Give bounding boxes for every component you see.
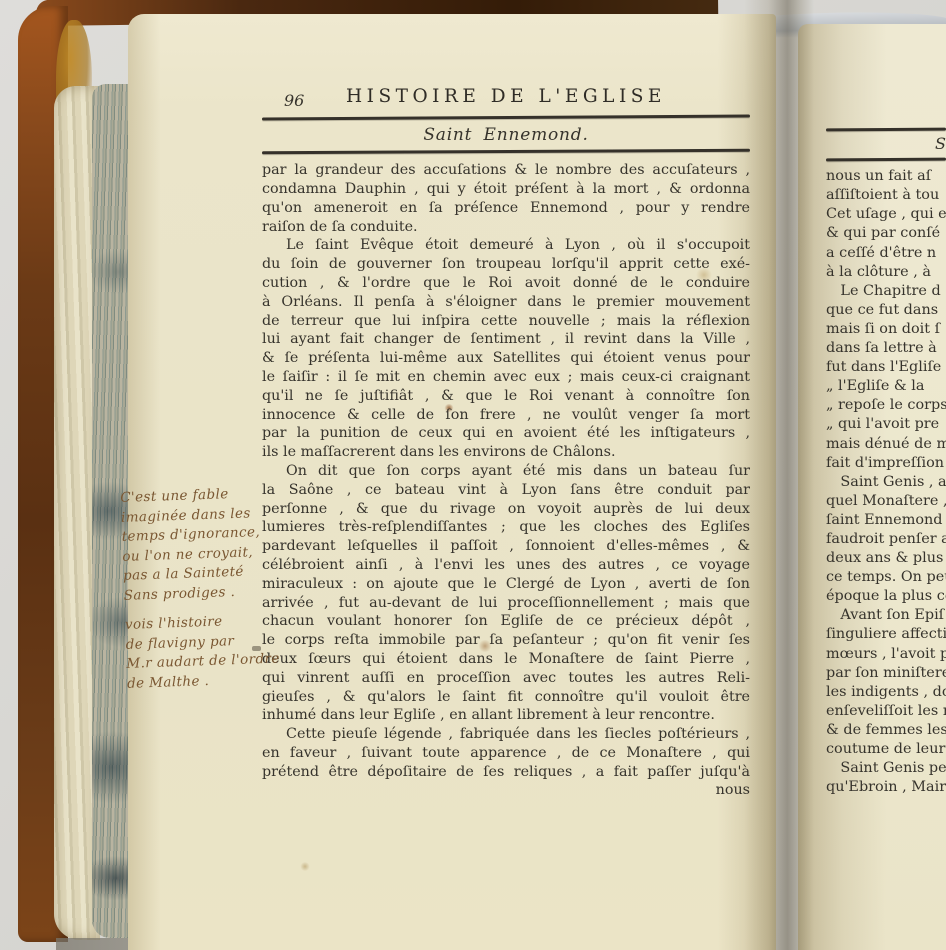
running-title: HISTOIRE DE L'EGLISE xyxy=(262,86,750,107)
text-line: pardevant leſquelles il paſſoit , ſonnoi… xyxy=(262,537,750,556)
marginal-note-2: vois l'histoire de flavigny par M.r auda… xyxy=(125,610,293,694)
text-line: nous un fait aſ xyxy=(826,167,946,186)
right-body-text: nous un fait aſaſſiſtoient à touCet uſag… xyxy=(826,167,946,797)
text-line: nous xyxy=(262,781,750,800)
text-line: du ſoin de gouverner ſon troupeau lorſqu… xyxy=(262,255,750,274)
text-line: ce temps. On peut xyxy=(826,568,946,587)
text-line: lumieres très-reſplendiſſantes ; que les… xyxy=(262,518,750,537)
photo-of-open-book: 96 HISTOIRE DE L'EGLISE Saint Ennemond. … xyxy=(0,0,946,950)
text-line: & de femmes les xyxy=(826,721,946,740)
text-line: deux ſœurs qui étoient dans le Monaſtere… xyxy=(262,650,750,669)
text-line: les indigents , don xyxy=(826,683,946,702)
right-running-title-partial: S xyxy=(826,131,946,158)
text-line: dans ſa lettre à xyxy=(826,339,946,358)
text-line: Le Chapitre d xyxy=(826,282,946,301)
text-line: par ſon miniſtere xyxy=(826,664,946,683)
printed-rule xyxy=(262,148,750,153)
text-line: faudroit penſer a xyxy=(826,530,946,549)
text-line: „ repoſe le corps xyxy=(826,396,946,415)
text-line: & ſe préſenta lui-même aux Satellites qu… xyxy=(262,349,750,368)
text-line: fait d'impreſſion xyxy=(826,454,946,473)
text-line: On dit que ſon corps ayant été mis dans … xyxy=(262,462,750,481)
text-line: par la punition de ceux qui en avoient é… xyxy=(262,424,750,443)
text-line: coutume de leur di xyxy=(826,740,946,759)
text-line: ſinguliere affection xyxy=(826,625,946,644)
text-line: prétend être dépoſitaire de ſes reliques… xyxy=(262,763,750,782)
text-line: cution , & l'ordre que le Roi avoit donn… xyxy=(262,274,750,293)
text-line: arrivée , fut au-devant de lui proceſſio… xyxy=(262,594,750,613)
text-line: a ceſſé d'être n xyxy=(826,244,946,263)
right-page-content: S nous un fait aſaſſiſtoient à touCet uſ… xyxy=(826,120,946,797)
text-line: Le ſaint Evêque étoit demeuré à Lyon , o… xyxy=(262,236,750,255)
text-line: qu'il ne ſe juſtifiât , & que le Roi ven… xyxy=(262,387,750,406)
section-title: Saint Ennemond. xyxy=(262,125,750,145)
text-line: qui vinrent auſſi en proceſſion avec tou… xyxy=(262,669,750,688)
text-line: célébroient ainſi , à l'envi les unes de… xyxy=(262,556,750,575)
text-line: époque la plus ce xyxy=(826,587,946,606)
printed-rule xyxy=(262,115,750,121)
text-line: Avant ſon Epiſ xyxy=(826,606,946,625)
text-line: à la clôture , à xyxy=(826,263,946,282)
stain-spot xyxy=(300,862,310,871)
text-line: quel Monaſtere , xyxy=(826,492,946,511)
page-header: 96 HISTOIRE DE L'EGLISE xyxy=(262,84,750,114)
text-line: innocence & celle de ſon frere , ne voul… xyxy=(262,406,750,425)
text-line: enſeveliſſoit les mo xyxy=(826,702,946,721)
text-line: fut dans l'Egliſe xyxy=(826,358,946,377)
text-line: aſſiſtoient à tou xyxy=(826,186,946,205)
gutter-shadow xyxy=(744,0,814,950)
text-line: mais dénué de m xyxy=(826,435,946,454)
body-text: par la grandeur des accuſations & le nom… xyxy=(262,161,750,800)
text-line: Saint Genis per xyxy=(826,759,946,778)
text-line: ils le maſſacrerent dans les environs de… xyxy=(262,443,750,462)
text-line: raiſon de ſa conduite. xyxy=(262,218,750,237)
text-line: Saint Genis , a xyxy=(826,473,946,492)
text-line: „ l'Egliſe & la xyxy=(826,377,946,396)
left-page-content: 96 HISTOIRE DE L'EGLISE Saint Ennemond. … xyxy=(262,84,750,800)
text-line: inhumé dans leur Egliſe , en allant libr… xyxy=(262,706,750,725)
text-line: mœurs , l'avoit pla xyxy=(826,645,946,664)
text-line: qu'Ebroin , Maire d xyxy=(826,778,946,797)
text-line: mais ſi on doit ſ xyxy=(826,320,946,339)
text-line: ſaint Ennemond ; xyxy=(826,511,946,530)
text-line: miraculeux : on ajoute que le Clergé de … xyxy=(262,575,750,594)
text-line: „ qui l'avoit pre xyxy=(826,415,946,434)
text-line: condamna Dauphin , qui y étoit préſent à… xyxy=(262,180,750,199)
text-line: par la grandeur des accuſations & le nom… xyxy=(262,161,750,180)
marginal-note-1: C'est une fable imaginée dans les temps … xyxy=(120,483,289,606)
text-line: le corps reſta immobile par ſa peſanteur… xyxy=(262,631,750,650)
printed-rule xyxy=(826,157,946,160)
text-line: & qui par conſé xyxy=(826,224,946,243)
text-line: de terreur que lui inſpira cette nouvell… xyxy=(262,312,750,331)
text-line: qu'on ameneroit en ſa préſence Ennemond … xyxy=(262,199,750,218)
text-line: chacun voulant honorer ſon Egliſe de ce … xyxy=(262,612,750,631)
text-line: deux ans & plus , xyxy=(826,549,946,568)
text-line: Cette pieuſe légende , fabriquée dans le… xyxy=(262,725,750,744)
text-line: le ſaiſir : il ſe mit en chemin avec eux… xyxy=(262,368,750,387)
text-line: gieuſes , & qu'alors le ſaint fit connoî… xyxy=(262,688,750,707)
text-line: perſonne , & que du rivage on voyoit aup… xyxy=(262,500,750,519)
text-line: en faveur , ſuivant toute apparence , de… xyxy=(262,744,750,763)
text-line: Cet uſage , qui e xyxy=(826,205,946,224)
text-line: lui ayant fait changer de ſentiment , il… xyxy=(262,330,750,349)
text-line: que ce fut dans xyxy=(826,301,946,320)
text-line: la Saône , ce bateau vint à Lyon ſans êt… xyxy=(262,481,750,500)
text-line: à Orléans. Il penſa à s'éloigner dans le… xyxy=(262,293,750,312)
